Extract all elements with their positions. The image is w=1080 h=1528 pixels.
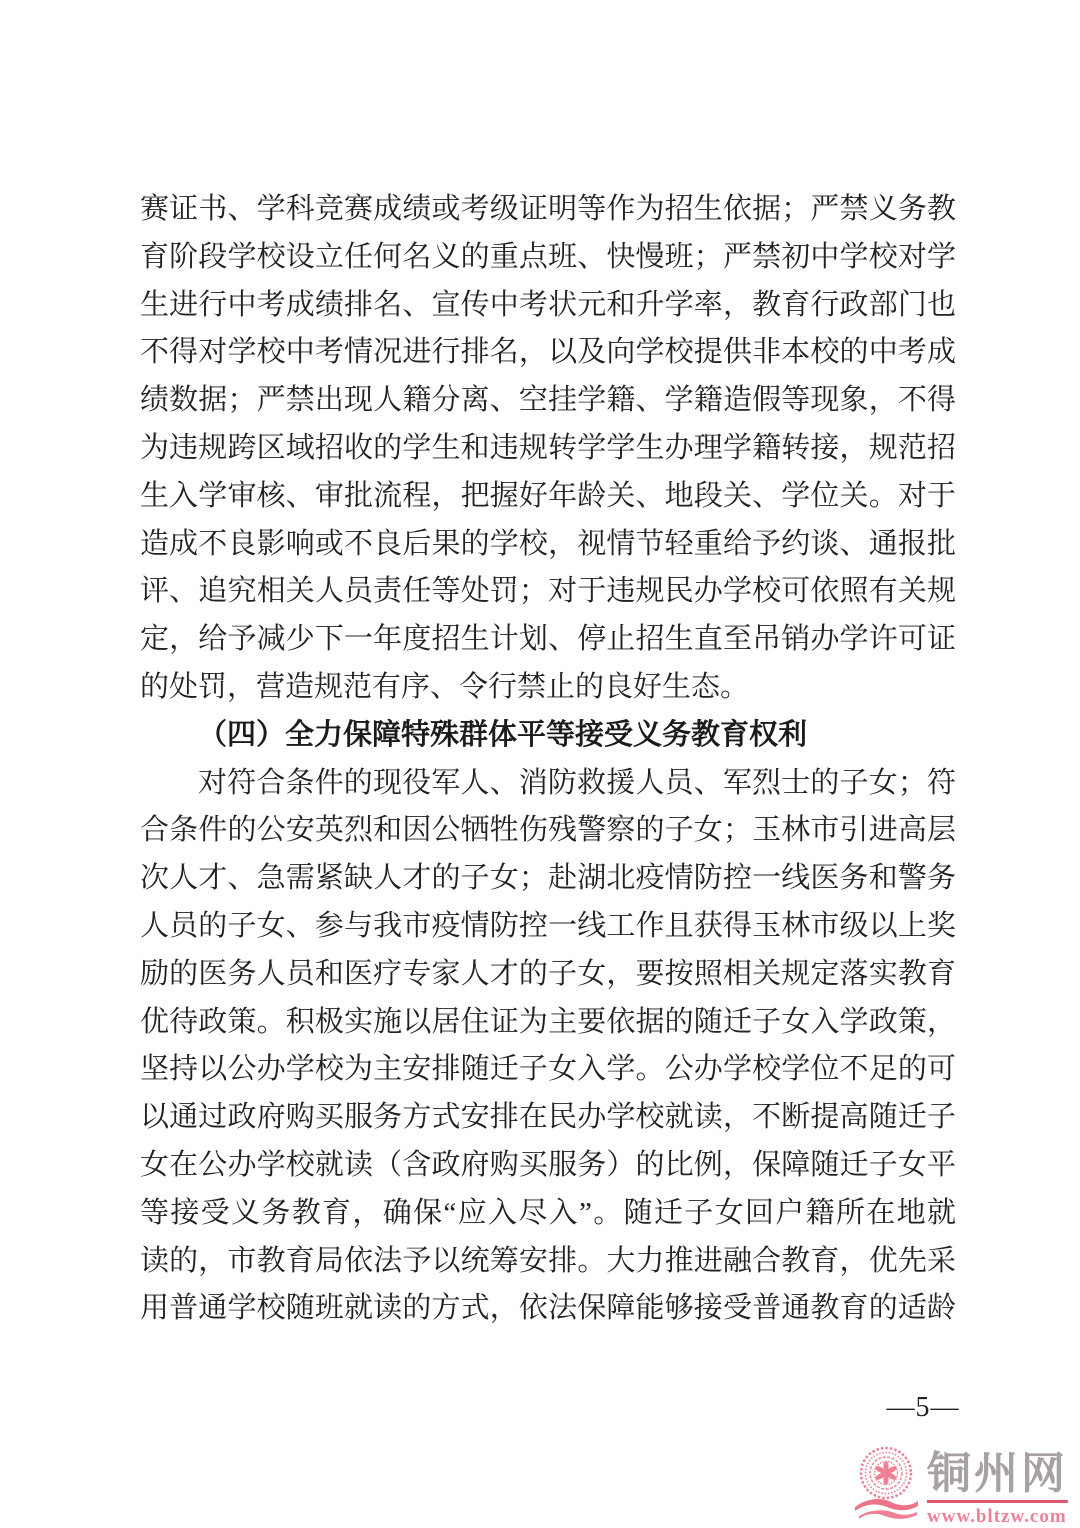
site-watermark: 铜州网 www.bltzw.com	[853, 1445, 1068, 1528]
text-line: 女在公办学校就读（含政府购买服务）的比例，保障随迁子女平	[140, 1142, 956, 1190]
text-line: 育阶段学校设立任何名义的重点班、快慢班；严禁初中学校对学	[140, 234, 956, 282]
text-line: 绩数据；严禁出现人籍分离、空挂学籍、学籍造假等现象，不得	[140, 377, 956, 425]
text-line: 优待政策。积极实施以居住证为主要依据的随迁子女入学政策，	[140, 999, 956, 1047]
text-line: 对符合条件的现役军人、消防救援人员、军烈士的子女；符	[140, 760, 956, 808]
document-page: 赛证书、学科竞赛成绩或考级证明等作为招生依据；严禁义务教育阶段学校设立任何名义的…	[0, 0, 1080, 1528]
text-line: 的处罚，营造规范有序、令行禁止的良好生态。	[140, 664, 956, 712]
text-line: 读的，市教育局依法予以统筹安排。大力推进融合教育，优先采	[140, 1238, 956, 1286]
text-line: 定，给予减少下一年度招生计划、停止招生直至吊销办学许可证	[140, 616, 956, 664]
document-body: 赛证书、学科竞赛成绩或考级证明等作为招生依据；严禁义务教育阶段学校设立任何名义的…	[140, 186, 956, 1333]
page-number: —5—	[878, 1392, 968, 1424]
text-line: 励的医务人员和医疗专家人才的子女，要按照相关规定落实教育	[140, 951, 956, 999]
text-line: 评、追究相关人员责任等处罚；对于违规民办学校可依照有关规	[140, 568, 956, 616]
text-line: 合条件的公安英烈和因公牺牲伤残警察的子女；玉林市引进高层	[140, 807, 956, 855]
text-line: 以通过政府购买服务方式安排在民办学校就读，不断提高随迁子	[140, 1094, 956, 1142]
watermark-site-name: 铜州网	[927, 1451, 1068, 1503]
text-line: 等接受义务教育，确保“应入尽入”。随迁子女回户籍所在地就	[140, 1190, 956, 1238]
text-line: 造成不良影响或不良后果的学校，视情节轻重给予约谈、通报批	[140, 521, 956, 569]
text-line: 次人才、急需紧缺人才的子女；赴湖北疫情防控一线医务和警务	[140, 855, 956, 903]
text-line: 坚持以公办学校为主安排随迁子女入学。公办学校学位不足的可	[140, 1046, 956, 1094]
text-line: 赛证书、学科竞赛成绩或考级证明等作为招生依据；严禁义务教	[140, 186, 956, 234]
text-line: 生入学审核、审批流程，把握好年龄关、地段关、学位关。对于	[140, 473, 956, 521]
text-line: 生进行中考成绩排名、宣传中考状元和升学率，教育行政部门也	[140, 282, 956, 330]
watermark-medallion-icon	[853, 1445, 919, 1521]
text-line: 用普通学校随班就读的方式，依法保障能够接受普通教育的适龄	[140, 1285, 956, 1333]
watermark-text: 铜州网 www.bltzw.com	[927, 1445, 1068, 1528]
text-line: 不得对学校中考情况进行排名，以及向学校提供非本校的中考成	[140, 329, 956, 377]
text-line: 人员的子女、参与我市疫情防控一线工作且获得玉林市级以上奖	[140, 903, 956, 951]
section-heading: （四）全力保障特殊群体平等接受义务教育权利	[140, 712, 956, 760]
text-line: 为违规跨区域招收的学生和违规转学学生办理学籍转接，规范招	[140, 425, 956, 473]
watermark-site-url: www.bltzw.com	[927, 1506, 1068, 1528]
